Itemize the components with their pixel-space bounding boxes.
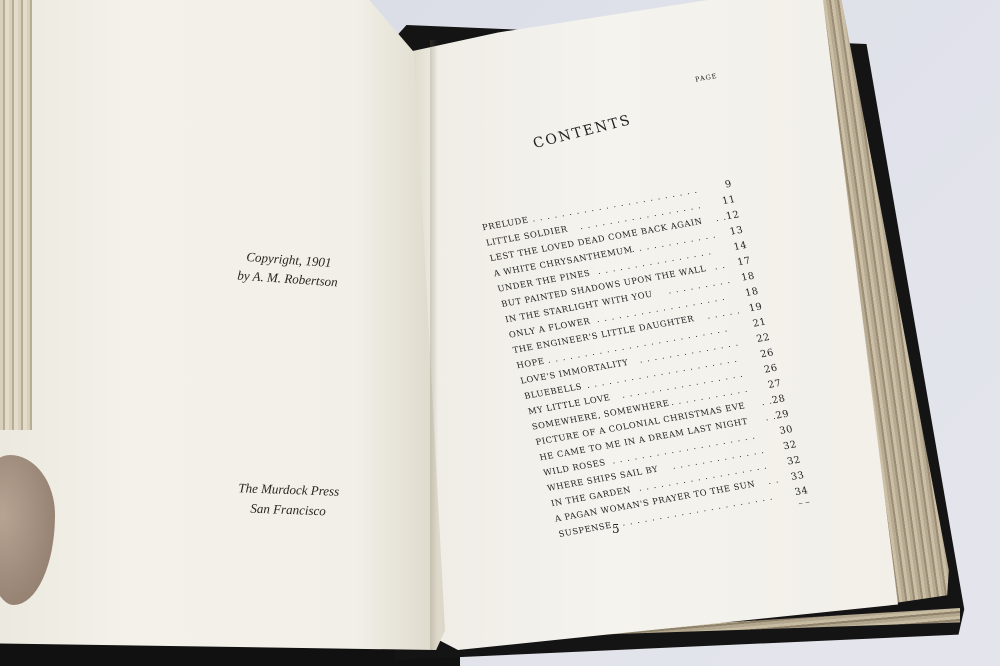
entry-page: 26 bbox=[759, 347, 775, 360]
copyright-notice: Copyright, 1901 by A. M. Robertson bbox=[237, 247, 340, 292]
entry-page: 17 bbox=[736, 255, 752, 268]
entry-page: 29 bbox=[775, 409, 791, 422]
entry-page: 18 bbox=[744, 286, 760, 299]
entry-page: 19 bbox=[748, 301, 764, 314]
entry-page: 26 bbox=[763, 363, 779, 376]
entry-page: 32 bbox=[782, 439, 798, 452]
entry-page: 18 bbox=[740, 271, 756, 284]
page-number: 5 bbox=[612, 522, 620, 536]
book-gutter bbox=[430, 40, 438, 650]
dot-leader: .. bbox=[713, 259, 730, 271]
dot-leader: ..... bbox=[706, 305, 745, 321]
entry-page: 21 bbox=[752, 317, 768, 330]
entry-page: 28 bbox=[771, 393, 787, 406]
entry-page: 30 bbox=[778, 424, 794, 437]
entry-page: 32 bbox=[786, 455, 802, 468]
entry-page: 34 bbox=[794, 485, 810, 498]
entry-title: PRELUDE bbox=[481, 215, 529, 233]
entry-page: 14 bbox=[733, 240, 749, 253]
entry-page: 11 bbox=[721, 194, 737, 207]
entry-page: 27 bbox=[767, 378, 783, 391]
printer-imprint: The Murdock Press San Francisco bbox=[237, 478, 339, 521]
left-page bbox=[0, 0, 445, 650]
entry-page: 22 bbox=[755, 332, 771, 345]
printer-city: San Francisco bbox=[237, 498, 338, 522]
entry-page: 9 bbox=[724, 179, 733, 191]
entry-page: 13 bbox=[729, 225, 745, 238]
entry-page: 33 bbox=[790, 470, 806, 483]
entry-title: HOPE bbox=[515, 356, 545, 371]
left-page-edges bbox=[0, 0, 32, 430]
book-photo: Copyright, 1901 by A. M. Robertson The M… bbox=[0, 0, 1000, 666]
entry-page: 12 bbox=[725, 209, 741, 222]
dot-leader: .. bbox=[767, 474, 784, 486]
